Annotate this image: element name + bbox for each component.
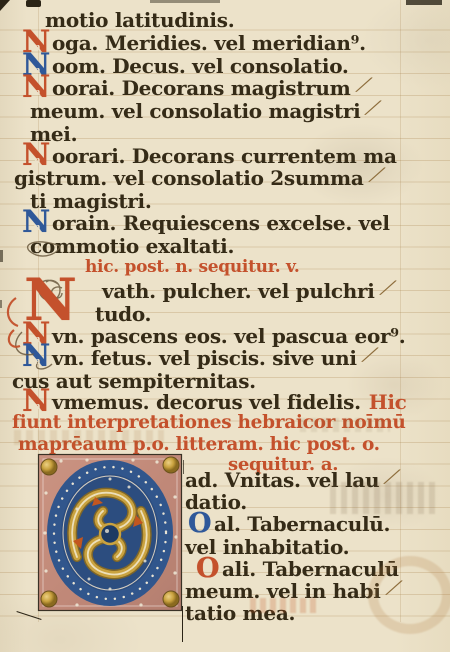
manuscript-line: ali. Tabernaculū <box>222 559 399 579</box>
guide-letter: n <box>34 66 41 76</box>
line-filler-stroke: / <box>378 277 398 296</box>
line-filler-stroke: / <box>354 74 374 93</box>
manuscript-line: motio latitudinis. <box>45 10 234 30</box>
guide-letter: n <box>34 88 41 98</box>
manuscript-line: meum. vel in habi/ <box>185 581 397 601</box>
cropped-line-remnant <box>150 0 220 3</box>
right-margin-rule <box>400 0 401 622</box>
guide-letter: n <box>34 335 41 345</box>
manuscript-line: oorai. Decorans magistrum/ <box>52 78 367 98</box>
illuminated-initial-O <box>37 453 183 613</box>
guide-letter: n <box>34 223 41 233</box>
cropped-line-remnant <box>26 0 41 7</box>
manuscript-page: motio latitudinis. N n oga. Meridies. ve… <box>0 0 450 652</box>
line-filler-stroke: / <box>367 164 387 183</box>
line-filler-stroke: / <box>364 97 384 116</box>
manuscript-line: oom. Decus. vel consolatio. <box>52 56 349 76</box>
manuscript-line: orain. Requiescens excelse. vel <box>52 213 390 233</box>
lombardic-initial-N-large: N <box>24 266 77 334</box>
rubric-line: maprēaum p.o. litteram. hic post. o. <box>18 436 380 455</box>
line-filler-stroke: / <box>360 344 380 363</box>
guide-letter: n <box>34 402 41 412</box>
cropped-line-remnant <box>406 0 442 5</box>
frame-hairline <box>183 460 184 474</box>
lombardic-initial-O: O <box>196 555 220 582</box>
manuscript-line: al. Tabernaculū. <box>214 514 390 534</box>
manuscript-line: tatio mea. <box>185 603 295 623</box>
photo-edge-mark <box>0 0 10 11</box>
guide-letter: n <box>34 357 41 367</box>
rubric-catchword: Hic <box>369 390 407 414</box>
rubric-line: fiunt interpretationes hebraicor noīmū <box>12 414 406 433</box>
manuscript-line: meum. vel consolatio magistri/ <box>30 101 377 121</box>
rubric-line: hic. post. n. sequitur. v. <box>85 259 300 276</box>
lombardic-initial-O: O <box>188 510 212 537</box>
manuscript-line: oorari. Decorans currentem ma <box>52 146 397 166</box>
manuscript-line: ad. Vnitas. vel lau/ <box>185 470 396 490</box>
guide-letter: n <box>34 43 41 53</box>
guide-letter: n <box>34 156 41 166</box>
manuscript-line: oga. Meridies. vel meridian⁹. <box>52 33 366 53</box>
manuscript-line: gistrum. vel consolatio 2summa/ <box>14 168 380 188</box>
manuscript-line: vath. pulcher. vel pulchri/ <box>102 281 391 301</box>
manuscript-line: vmemus. decorus vel fidelis.Hic <box>52 392 407 412</box>
